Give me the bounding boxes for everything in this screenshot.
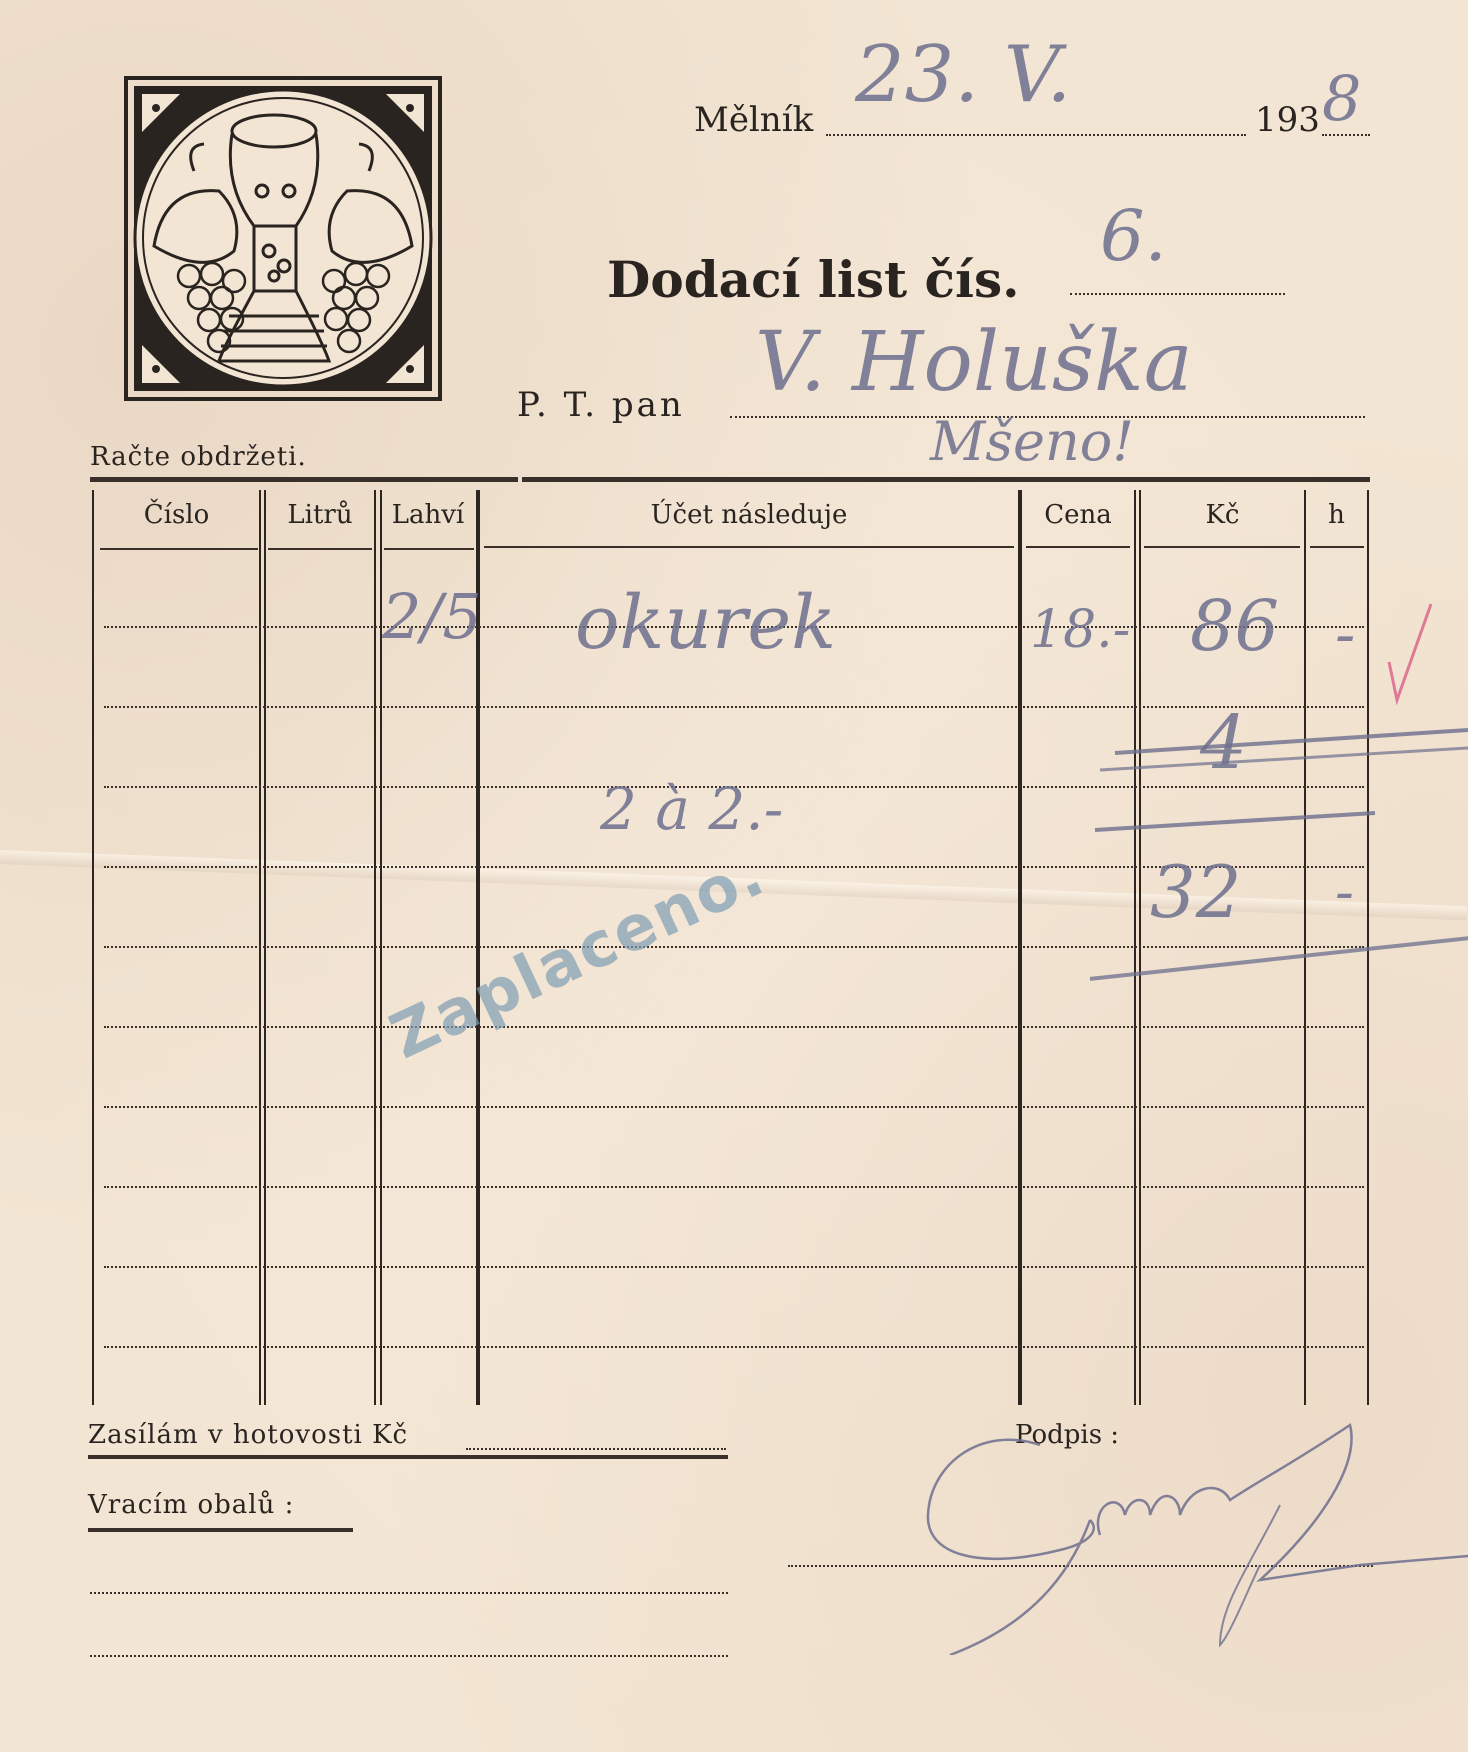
logo (124, 76, 442, 401)
column-header-cislo: Číslo (94, 500, 259, 530)
header-bottom-rule (384, 548, 474, 550)
cash-dotted-line (466, 1448, 726, 1450)
table-top-rule-right (522, 477, 1370, 482)
row1-cena[interactable]: 18.- (1030, 600, 1130, 660)
row3-ucet[interactable]: 2 à 2.- (600, 775, 783, 843)
column-header-cena: Cena (1022, 500, 1134, 530)
packaging-dotted-line-1 (90, 1592, 728, 1594)
column-header-lahvi: Lahví (380, 500, 476, 530)
row4-kc[interactable]: 32 (1150, 850, 1242, 934)
header-bottom-rule (484, 546, 1014, 548)
pencil-strike-lines (1090, 720, 1468, 1004)
header-bottom-rule (268, 548, 372, 550)
date-handwritten[interactable]: 23. V. (855, 30, 1071, 120)
year-handwritten[interactable]: 8 (1322, 62, 1361, 135)
row1-h[interactable]: - (1335, 600, 1355, 670)
signature[interactable] (920, 1405, 1468, 1659)
packaging-dotted-line-2 (90, 1655, 728, 1657)
recipient-label: P. T. pan (517, 385, 685, 425)
row1-ucet[interactable]: okurek (575, 580, 836, 666)
year-prefix: 193 (1255, 100, 1320, 140)
document-title: Dodací list čís. (607, 250, 1020, 309)
table-border-left (92, 490, 94, 1405)
red-check-icon (1385, 600, 1435, 714)
row4-h[interactable]: - (1335, 860, 1354, 925)
recipient-place-handwritten[interactable]: Mšeno! (930, 410, 1134, 473)
place-label: Mělník (694, 100, 813, 140)
intro-text: Račte obdržeti. (90, 442, 307, 472)
number-handwritten[interactable]: 6. (1100, 195, 1167, 277)
cash-underline (88, 1455, 728, 1459)
packaging-label: Vracím obalů : (88, 1490, 294, 1520)
header-bottom-rule (1026, 546, 1130, 548)
column-header-h: h (1306, 500, 1367, 530)
row1-kc[interactable]: 86 (1190, 585, 1279, 667)
wine-goblet-grapes-icon (124, 76, 442, 401)
column-header-litru: Litrů (266, 500, 374, 530)
row1-lahvi[interactable]: 2/5 (382, 580, 482, 653)
date-dotted-line (826, 134, 1246, 136)
cash-label: Zasílám v hotovosti Kč (88, 1420, 408, 1450)
header-bottom-rule (1310, 546, 1364, 548)
column-header-kc: Kč (1141, 500, 1304, 530)
recipient-handwritten[interactable]: V. Holuška (755, 315, 1193, 410)
number-dotted-line (1070, 293, 1285, 295)
header-bottom-rule (100, 548, 258, 550)
column-header-ucet: Účet následuje (480, 500, 1018, 530)
header-bottom-rule (1144, 546, 1300, 548)
packaging-underline (88, 1528, 353, 1532)
table-top-rule-left (90, 477, 518, 482)
